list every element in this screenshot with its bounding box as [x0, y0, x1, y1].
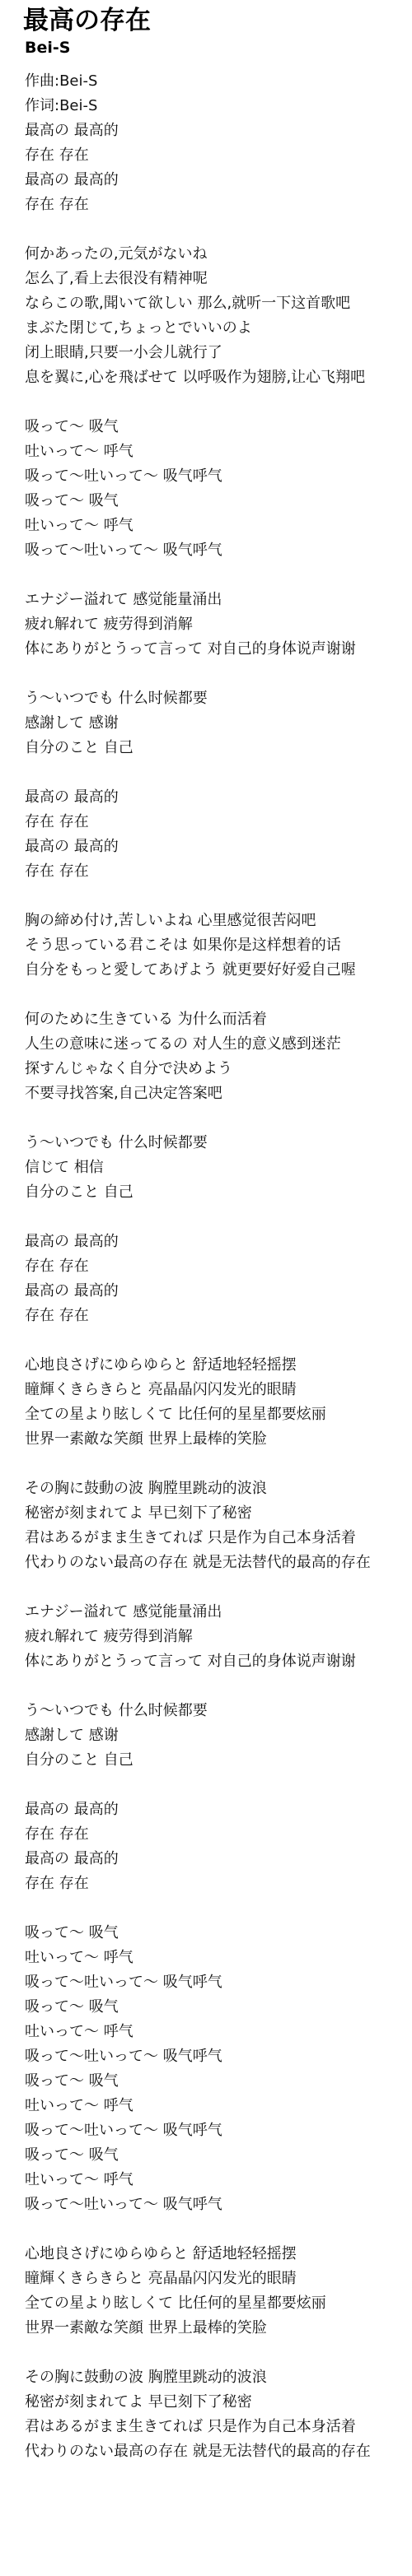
lyrics-page: 最高の存在 Bei-S 作曲:Bei-S作词:Bei-S最高の 最高的存在 存在…: [0, 0, 412, 2464]
lyric-line: 吸って〜吐いって〜 吸气呼气: [25, 1970, 412, 1995]
lyric-line: 最高の 最高的: [25, 1279, 412, 1304]
lyric-line: 君はあるがまま生きてれば 只是作为自己本身活着: [25, 2415, 412, 2439]
stanza: エナジー溢れて 感觉能量涌出疲れ解れて 疲劳得到消解体にありがとうって言って 对…: [25, 588, 412, 662]
lyric-line: エナジー溢れて 感觉能量涌出: [25, 1600, 412, 1625]
song-title: 最高の存在: [23, 5, 412, 36]
lyric-line: 吸って〜吐いって〜 吸气呼气: [25, 2118, 412, 2143]
lyric-line: 感謝して 感谢: [25, 711, 412, 736]
lyric-line: 存在 存在: [25, 1304, 412, 1328]
stanza: 吸って〜 吸气吐いって〜 呼气吸って〜吐いって〜 吸气呼气吸って〜 吸气吐いって…: [25, 415, 412, 563]
stanza: 作曲:Bei-S作词:Bei-S最高の 最高的存在 存在最高の 最高的存在 存在: [25, 69, 412, 217]
lyric-line: 最高の 最高的: [25, 785, 412, 810]
lyric-line: 吐いって〜 呼气: [25, 2094, 412, 2118]
lyric-line: 探すんじゃなく自分で決めよう: [25, 1057, 412, 1081]
lyric-line: う〜いつでも 什么时候都要: [25, 1131, 412, 1155]
lyric-line: 代わりのない最高の存在 就是无法替代的最高的存在: [25, 2439, 412, 2464]
lyric-line: 信じて 相信: [25, 1155, 412, 1180]
lyric-line: 最高の 最高的: [25, 119, 412, 143]
lyric-line: 存在 存在: [25, 143, 412, 168]
stanza: う〜いつでも 什么时候都要感謝して 感谢自分のこと 自己: [25, 1699, 412, 1773]
lyric-line: 存在 存在: [25, 859, 412, 884]
lyric-line: 世界一素敵な笑顔 世界上最棒的笑脸: [25, 1427, 412, 1452]
lyric-line: 体にありがとうって言って 对自己的身体说声谢谢: [25, 637, 412, 662]
lyric-line: 秘密が刻まれてよ 早已刻下了秘密: [25, 1501, 412, 1526]
artist-name: Bei-S: [25, 38, 412, 58]
lyric-line: 人生の意味に迷ってるの 对人生的意义感到迷茫: [25, 1032, 412, 1057]
lyric-line: 疲れ解れて 疲劳得到消解: [25, 612, 412, 637]
lyric-line: 最高の 最高的: [25, 1797, 412, 1822]
lyric-line: 自分のこと 自己: [25, 736, 412, 760]
stanza: 吸って〜 吸气吐いって〜 呼气吸って〜吐いって〜 吸气呼气吸って〜 吸气吐いって…: [25, 1921, 412, 2217]
lyric-line: 吸って〜 吸气: [25, 1995, 412, 2020]
lyric-line: 胸の締め付け,苦しいよね 心里感觉很苦闷吧: [25, 909, 412, 933]
lyric-line: 自分のこと 自己: [25, 1748, 412, 1773]
lyric-line: 瞳輝くきらきらと 亮晶晶闪闪发光的眼睛: [25, 1378, 412, 1402]
stanza: その胸に鼓動の波 胸膛里跳动的波浪秘密が刻まれてよ 早已刻下了秘密君はあるがまま…: [25, 1476, 412, 1575]
lyric-line: まぶた閉じて,ちょっとでいいのよ: [25, 316, 412, 341]
lyric-line: 最高の 最高的: [25, 1847, 412, 1872]
lyric-line: 不要寻找答案,自己决定答案吧: [25, 1081, 412, 1106]
lyric-line: 吐いって〜 呼气: [25, 439, 412, 464]
stanza: う〜いつでも 什么时候都要信じて 相信自分のこと 自己: [25, 1131, 412, 1205]
lyric-line: 吸って〜 吸气: [25, 2069, 412, 2094]
stanza: 心地良さげにゆらゆらと 舒适地轻轻摇摆瞳輝くきらきらと 亮晶晶闪闪发光的眼睛全て…: [25, 1353, 412, 1452]
lyric-line: 全ての星より眩しくて 比任何的星星都要炫丽: [25, 2291, 412, 2316]
stanza: その胸に鼓動の波 胸膛里跳动的波浪秘密が刻まれてよ 早已刻下了秘密君はあるがまま…: [25, 2365, 412, 2464]
lyric-line: 最高の 最高的: [25, 835, 412, 859]
stanza: 何のために生きている 为什么而活着人生の意味に迷ってるの 对人生的意义感到迷茫探…: [25, 1007, 412, 1106]
lyric-line: 世界一素敵な笑顔 世界上最棒的笑脸: [25, 2316, 412, 2341]
lyric-line: ならこの歌,聞いて欲しい 那么,就听一下这首歌吧: [25, 291, 412, 316]
lyric-line: 自分をもっと愛してあげよう 就更要好好爱自己喔: [25, 958, 412, 983]
lyric-line: 最高の 最高的: [25, 1230, 412, 1254]
lyric-line: 吸って〜吐いって〜 吸气呼气: [25, 538, 412, 563]
lyric-line: 作词:Bei-S: [25, 94, 412, 119]
lyric-line: 自分のこと 自己: [25, 1180, 412, 1205]
lyric-line: 心地良さげにゆらゆらと 舒适地轻轻摇摆: [25, 2242, 412, 2267]
lyric-line: 存在 存在: [25, 810, 412, 835]
lyric-line: 吸って〜 吸气: [25, 1921, 412, 1946]
lyric-line: 吐いって〜 呼气: [25, 1946, 412, 1970]
lyric-line: 代わりのない最高の存在 就是无法替代的最高的存在: [25, 1551, 412, 1575]
stanza: 最高の 最高的存在 存在最高の 最高的存在 存在: [25, 785, 412, 884]
stanza: エナジー溢れて 感觉能量涌出疲れ解れて 疲劳得到消解体にありがとうって言って 对…: [25, 1600, 412, 1674]
lyric-line: そう思っている君こそは 如果你是这样想着的话: [25, 933, 412, 958]
lyrics: 作曲:Bei-S作词:Bei-S最高の 最高的存在 存在最高の 最高的存在 存在…: [25, 69, 412, 2464]
lyric-line: 存在 存在: [25, 1872, 412, 1896]
lyric-line: 体にありがとうって言って 对自己的身体说声谢谢: [25, 1649, 412, 1674]
lyric-line: 感謝して 感谢: [25, 1723, 412, 1748]
lyric-line: 何のために生きている 为什么而活着: [25, 1007, 412, 1032]
stanza: 最高の 最高的存在 存在最高の 最高的存在 存在: [25, 1230, 412, 1328]
lyric-line: 君はあるがまま生きてれば 只是作为自己本身活着: [25, 1526, 412, 1551]
stanza: 心地良さげにゆらゆらと 舒适地轻轻摇摆瞳輝くきらきらと 亮晶晶闪闪发光的眼睛全て…: [25, 2242, 412, 2341]
lyric-line: 全ての星より眩しくて 比任何的星星都要炫丽: [25, 1402, 412, 1427]
lyric-line: 吸って〜 吸气: [25, 415, 412, 439]
lyric-line: 瞳輝くきらきらと 亮晶晶闪闪发光的眼睛: [25, 2267, 412, 2291]
lyric-line: 作曲:Bei-S: [25, 69, 412, 94]
lyric-line: 息を翼に,心を飛ばせて 以呼吸作为翅膀,让心飞翔吧: [25, 365, 412, 390]
lyric-line: 存在 存在: [25, 193, 412, 217]
stanza: う〜いつでも 什么时候都要感謝して 感谢自分のこと 自己: [25, 686, 412, 760]
lyric-line: 吸って〜吐いって〜 吸气呼气: [25, 2192, 412, 2217]
lyric-line: 吸って〜吐いって〜 吸气呼气: [25, 464, 412, 489]
lyric-line: う〜いつでも 什么时候都要: [25, 686, 412, 711]
lyric-line: 吸って〜吐いって〜 吸气呼气: [25, 2044, 412, 2069]
lyric-line: 吐いって〜 呼气: [25, 2168, 412, 2192]
lyric-line: 吸って〜 吸气: [25, 2143, 412, 2168]
stanza: 何かあったの,元気がないね怎么了,看上去很没有精神呢ならこの歌,聞いて欲しい 那…: [25, 242, 412, 390]
lyric-line: 心地良さげにゆらゆらと 舒适地轻轻摇摆: [25, 1353, 412, 1378]
lyric-line: 存在 存在: [25, 1254, 412, 1279]
stanza: 最高の 最高的存在 存在最高の 最高的存在 存在: [25, 1797, 412, 1896]
lyric-line: 疲れ解れて 疲劳得到消解: [25, 1625, 412, 1649]
lyric-line: その胸に鼓動の波 胸膛里跳动的波浪: [25, 1476, 412, 1501]
lyric-line: 何かあったの,元気がないね: [25, 242, 412, 267]
lyric-line: 吐いって〜 呼气: [25, 514, 412, 538]
lyric-line: その胸に鼓動の波 胸膛里跳动的波浪: [25, 2365, 412, 2390]
lyric-line: 闭上眼睛,只要一小会儿就行了: [25, 341, 412, 365]
lyric-line: 吸って〜 吸气: [25, 489, 412, 514]
lyric-line: 最高の 最高的: [25, 168, 412, 193]
lyric-line: 怎么了,看上去很没有精神呢: [25, 267, 412, 291]
lyric-line: う〜いつでも 什么时候都要: [25, 1699, 412, 1723]
lyric-line: 存在 存在: [25, 1822, 412, 1847]
lyric-line: 吐いって〜 呼气: [25, 2020, 412, 2044]
stanza: 胸の締め付け,苦しいよね 心里感觉很苦闷吧そう思っている君こそは 如果你是这样想…: [25, 909, 412, 983]
lyric-line: エナジー溢れて 感觉能量涌出: [25, 588, 412, 612]
lyric-line: 秘密が刻まれてよ 早已刻下了秘密: [25, 2390, 412, 2415]
